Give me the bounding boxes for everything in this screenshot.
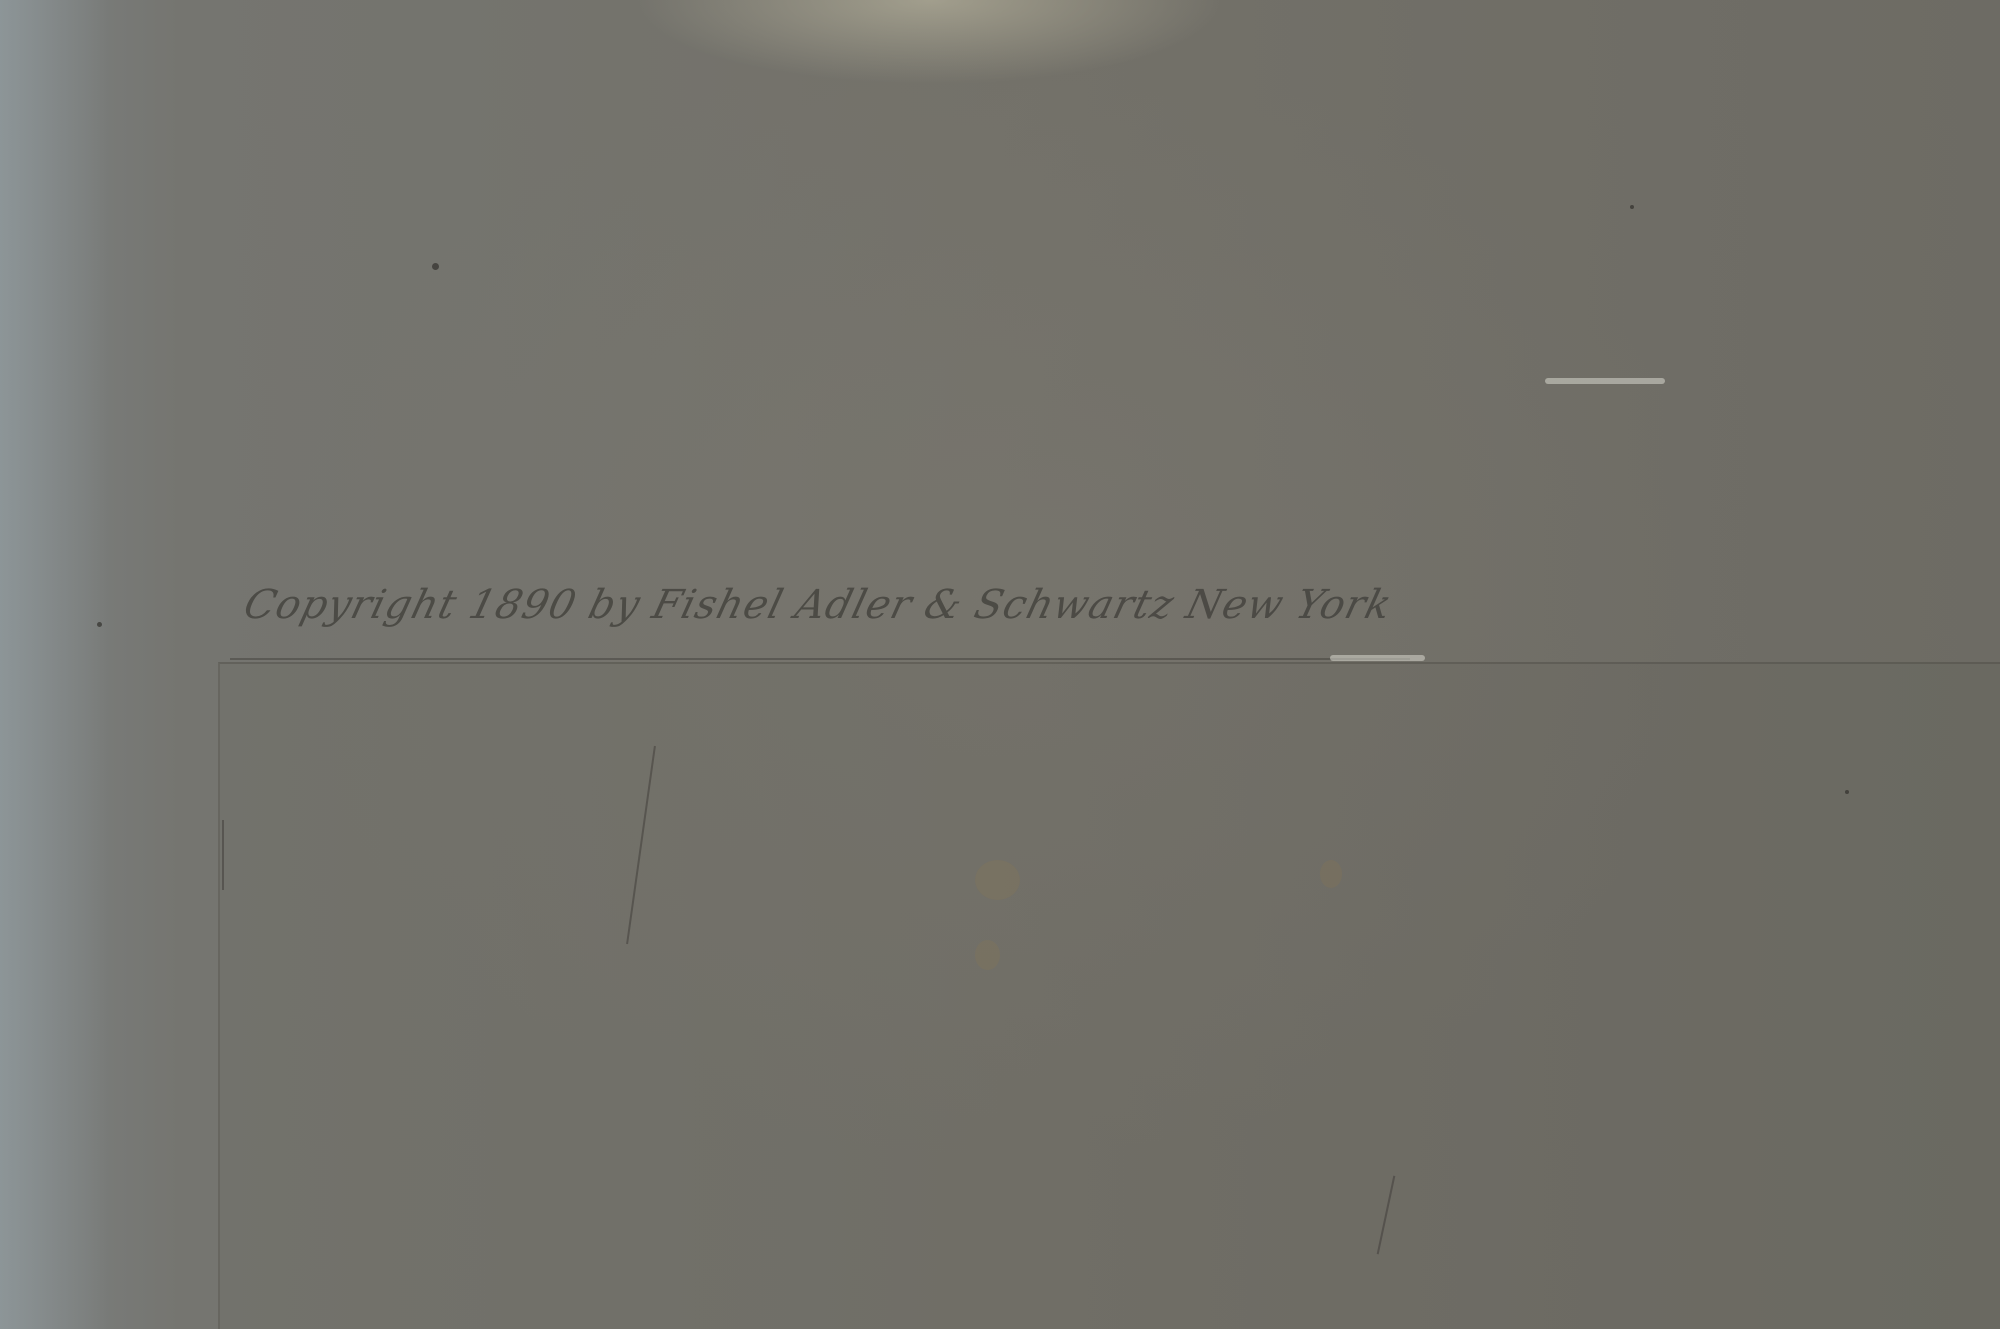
plate-mark-area <box>218 662 2000 1329</box>
foxing-stain <box>975 860 1020 900</box>
foxing-stain <box>975 940 1000 970</box>
caption-rule <box>230 658 1410 660</box>
paper-crease <box>222 820 224 890</box>
paper-speck <box>1845 790 1849 794</box>
glare-streak <box>1545 378 1665 384</box>
copyright-caption: Copyright 1890 by Fishel Adler & Schwart… <box>239 582 1397 628</box>
foxing-stain <box>1320 860 1342 888</box>
paper-speck <box>432 263 439 270</box>
glass-glare-left <box>0 0 110 1329</box>
glare-streak <box>1330 655 1425 661</box>
paper-speck <box>97 622 102 627</box>
paper-speck <box>1630 205 1634 209</box>
